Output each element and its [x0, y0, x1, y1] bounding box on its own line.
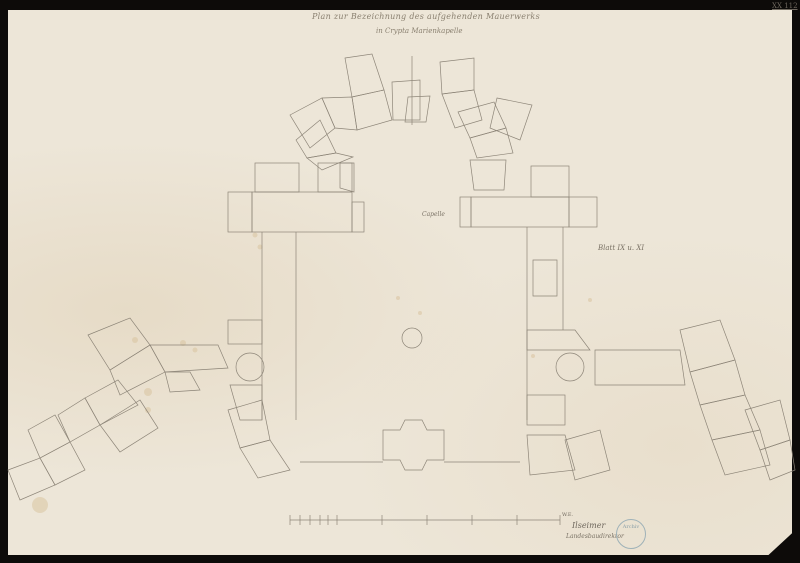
apse [290, 54, 532, 170]
right-wing [527, 320, 795, 480]
right-transept [460, 160, 597, 420]
central-column [402, 328, 422, 348]
central-pier [383, 420, 444, 470]
floor-plan [0, 0, 800, 563]
scale-bar[interactable] [290, 515, 560, 525]
left-transept [228, 163, 364, 420]
paper-stains [32, 233, 592, 514]
